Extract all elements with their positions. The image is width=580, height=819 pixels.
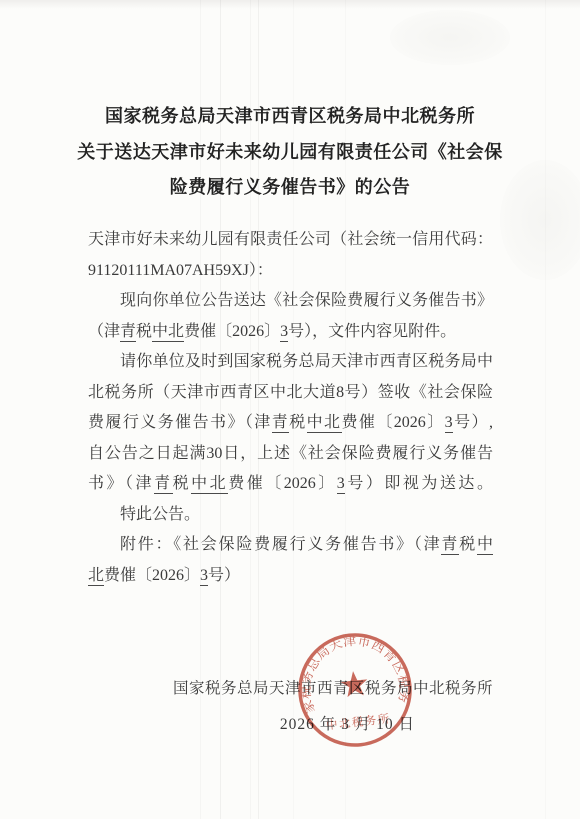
body-text-segment: 请你单位及时到国家税务总局天津市西青区税务局中 xyxy=(120,353,493,370)
body-text-segment: 北税务所（天津市西青区中北大道8号）签收《社会保险 xyxy=(88,384,493,401)
body-line: 北费催〔2026〕3号） xyxy=(88,561,493,592)
body-line: 费履行义务催告书》（津青税中北费催〔2026〕3号）, xyxy=(88,408,493,439)
body-line: （津青税中北费催〔2026〕3号），文件内容见附件。 xyxy=(88,317,493,348)
body-text-segment: 税 xyxy=(173,475,192,492)
body-line: 自公告之日起满30日，上述《社会保险费履行义务催告 xyxy=(88,439,493,470)
body-text-segment: 号），文件内容见附件。 xyxy=(288,323,456,340)
filled-in-value: 3 xyxy=(337,475,345,494)
filled-in-value: 青 xyxy=(120,323,136,342)
body-text-segment: （津 xyxy=(88,323,120,340)
title-line: 国家税务总局天津市西青区税务局中北税务所 xyxy=(0,99,580,135)
body-text-segment: 91120111MA07AH59XJ）： xyxy=(88,262,273,279)
body-text-segment: 特此公告。 xyxy=(120,506,200,523)
filled-in-value: 中北 xyxy=(307,414,342,433)
body-line: 天津市好未来幼儿园有限责任公司（社会统一信用代码： xyxy=(88,225,493,256)
body-text-segment: 天津市好未来幼儿园有限责任公司（社会统一信用代码： xyxy=(88,231,493,248)
notice-body: 天津市好未来幼儿园有限责任公司（社会统一信用代码：91120111MA07AH5… xyxy=(88,225,493,591)
scan-edge-shading xyxy=(0,0,580,9)
body-text-segment: 现向你单位公告送达《社会保险费履行义务催告书》 xyxy=(120,292,493,309)
signature-block: 国家税务总局天津市西青区税务局中北税务所 2026 年 3 月 10 日 xyxy=(173,676,493,734)
scanned-notice-page: 国家税务总局天津市西青区税务局中北税务所关于送达天津市好未来幼儿园有限责任公司《… xyxy=(0,0,580,819)
filled-in-value: 3 xyxy=(200,567,208,586)
scan-smudge xyxy=(390,10,510,65)
title-line: 关于送达天津市好未来幼儿园有限责任公司《社会保 xyxy=(0,135,580,171)
body-text-segment: 税 xyxy=(136,323,152,340)
body-text-segment: 自公告之日起满30日，上述《社会保险费履行义务催告 xyxy=(88,445,493,462)
body-text-segment: 费催〔2026〕 xyxy=(184,323,280,340)
body-line: 附件：《社会保险费履行义务催告书》（津青税中 xyxy=(88,530,493,561)
filled-in-value: 中北 xyxy=(191,475,228,494)
filled-in-value: 3 xyxy=(280,323,288,342)
filled-in-value: 北 xyxy=(88,567,104,586)
body-line: 请你单位及时到国家税务总局天津市西青区税务局中 xyxy=(88,347,493,378)
body-line: 书》（津青税中北费催〔2026〕3号）即视为送达。 xyxy=(88,469,493,500)
body-line: 现向你单位公告送达《社会保险费履行义务催告书》 xyxy=(88,286,493,317)
signature-date: 2026 年 3 月 10 日 xyxy=(173,712,415,734)
body-text-segment: 税 xyxy=(289,414,306,431)
body-text-segment: 号）即视为送达。 xyxy=(345,475,493,492)
body-text-segment: 费履行义务催告书》（津 xyxy=(88,414,272,431)
notice-title: 国家税务总局天津市西青区税务局中北税务所关于送达天津市好未来幼儿园有限责任公司《… xyxy=(0,99,580,206)
body-text-segment: 号）, xyxy=(453,414,493,431)
body-text-segment: 书》（津 xyxy=(88,475,154,492)
body-text-segment: 附件：《社会保险费履行义务催告书》（津 xyxy=(120,536,441,553)
signature-org: 国家税务总局天津市西青区税务局中北税务所 xyxy=(173,676,493,698)
body-line: 北税务所（天津市西青区中北大道8号）签收《社会保险 xyxy=(88,378,493,409)
filled-in-value: 青 xyxy=(441,536,459,555)
filled-in-value: 中北 xyxy=(152,323,184,342)
body-text-segment: 费催〔2026〕 xyxy=(342,414,445,431)
filled-in-value: 3 xyxy=(445,414,453,433)
body-text-segment: 税 xyxy=(459,536,477,553)
filled-in-value: 青 xyxy=(154,475,173,494)
filled-in-value: 青 xyxy=(272,414,289,433)
body-line: 特此公告。 xyxy=(88,500,493,531)
body-text-segment: 号） xyxy=(208,567,240,584)
title-line: 险费履行义务催告书》的公告 xyxy=(0,170,580,206)
filled-in-value: 中 xyxy=(477,536,493,555)
body-text-segment: 费催〔2026〕 xyxy=(104,567,200,584)
body-text-segment: 费催〔2026〕 xyxy=(228,475,337,492)
body-line: 91120111MA07AH59XJ）： xyxy=(88,256,493,287)
